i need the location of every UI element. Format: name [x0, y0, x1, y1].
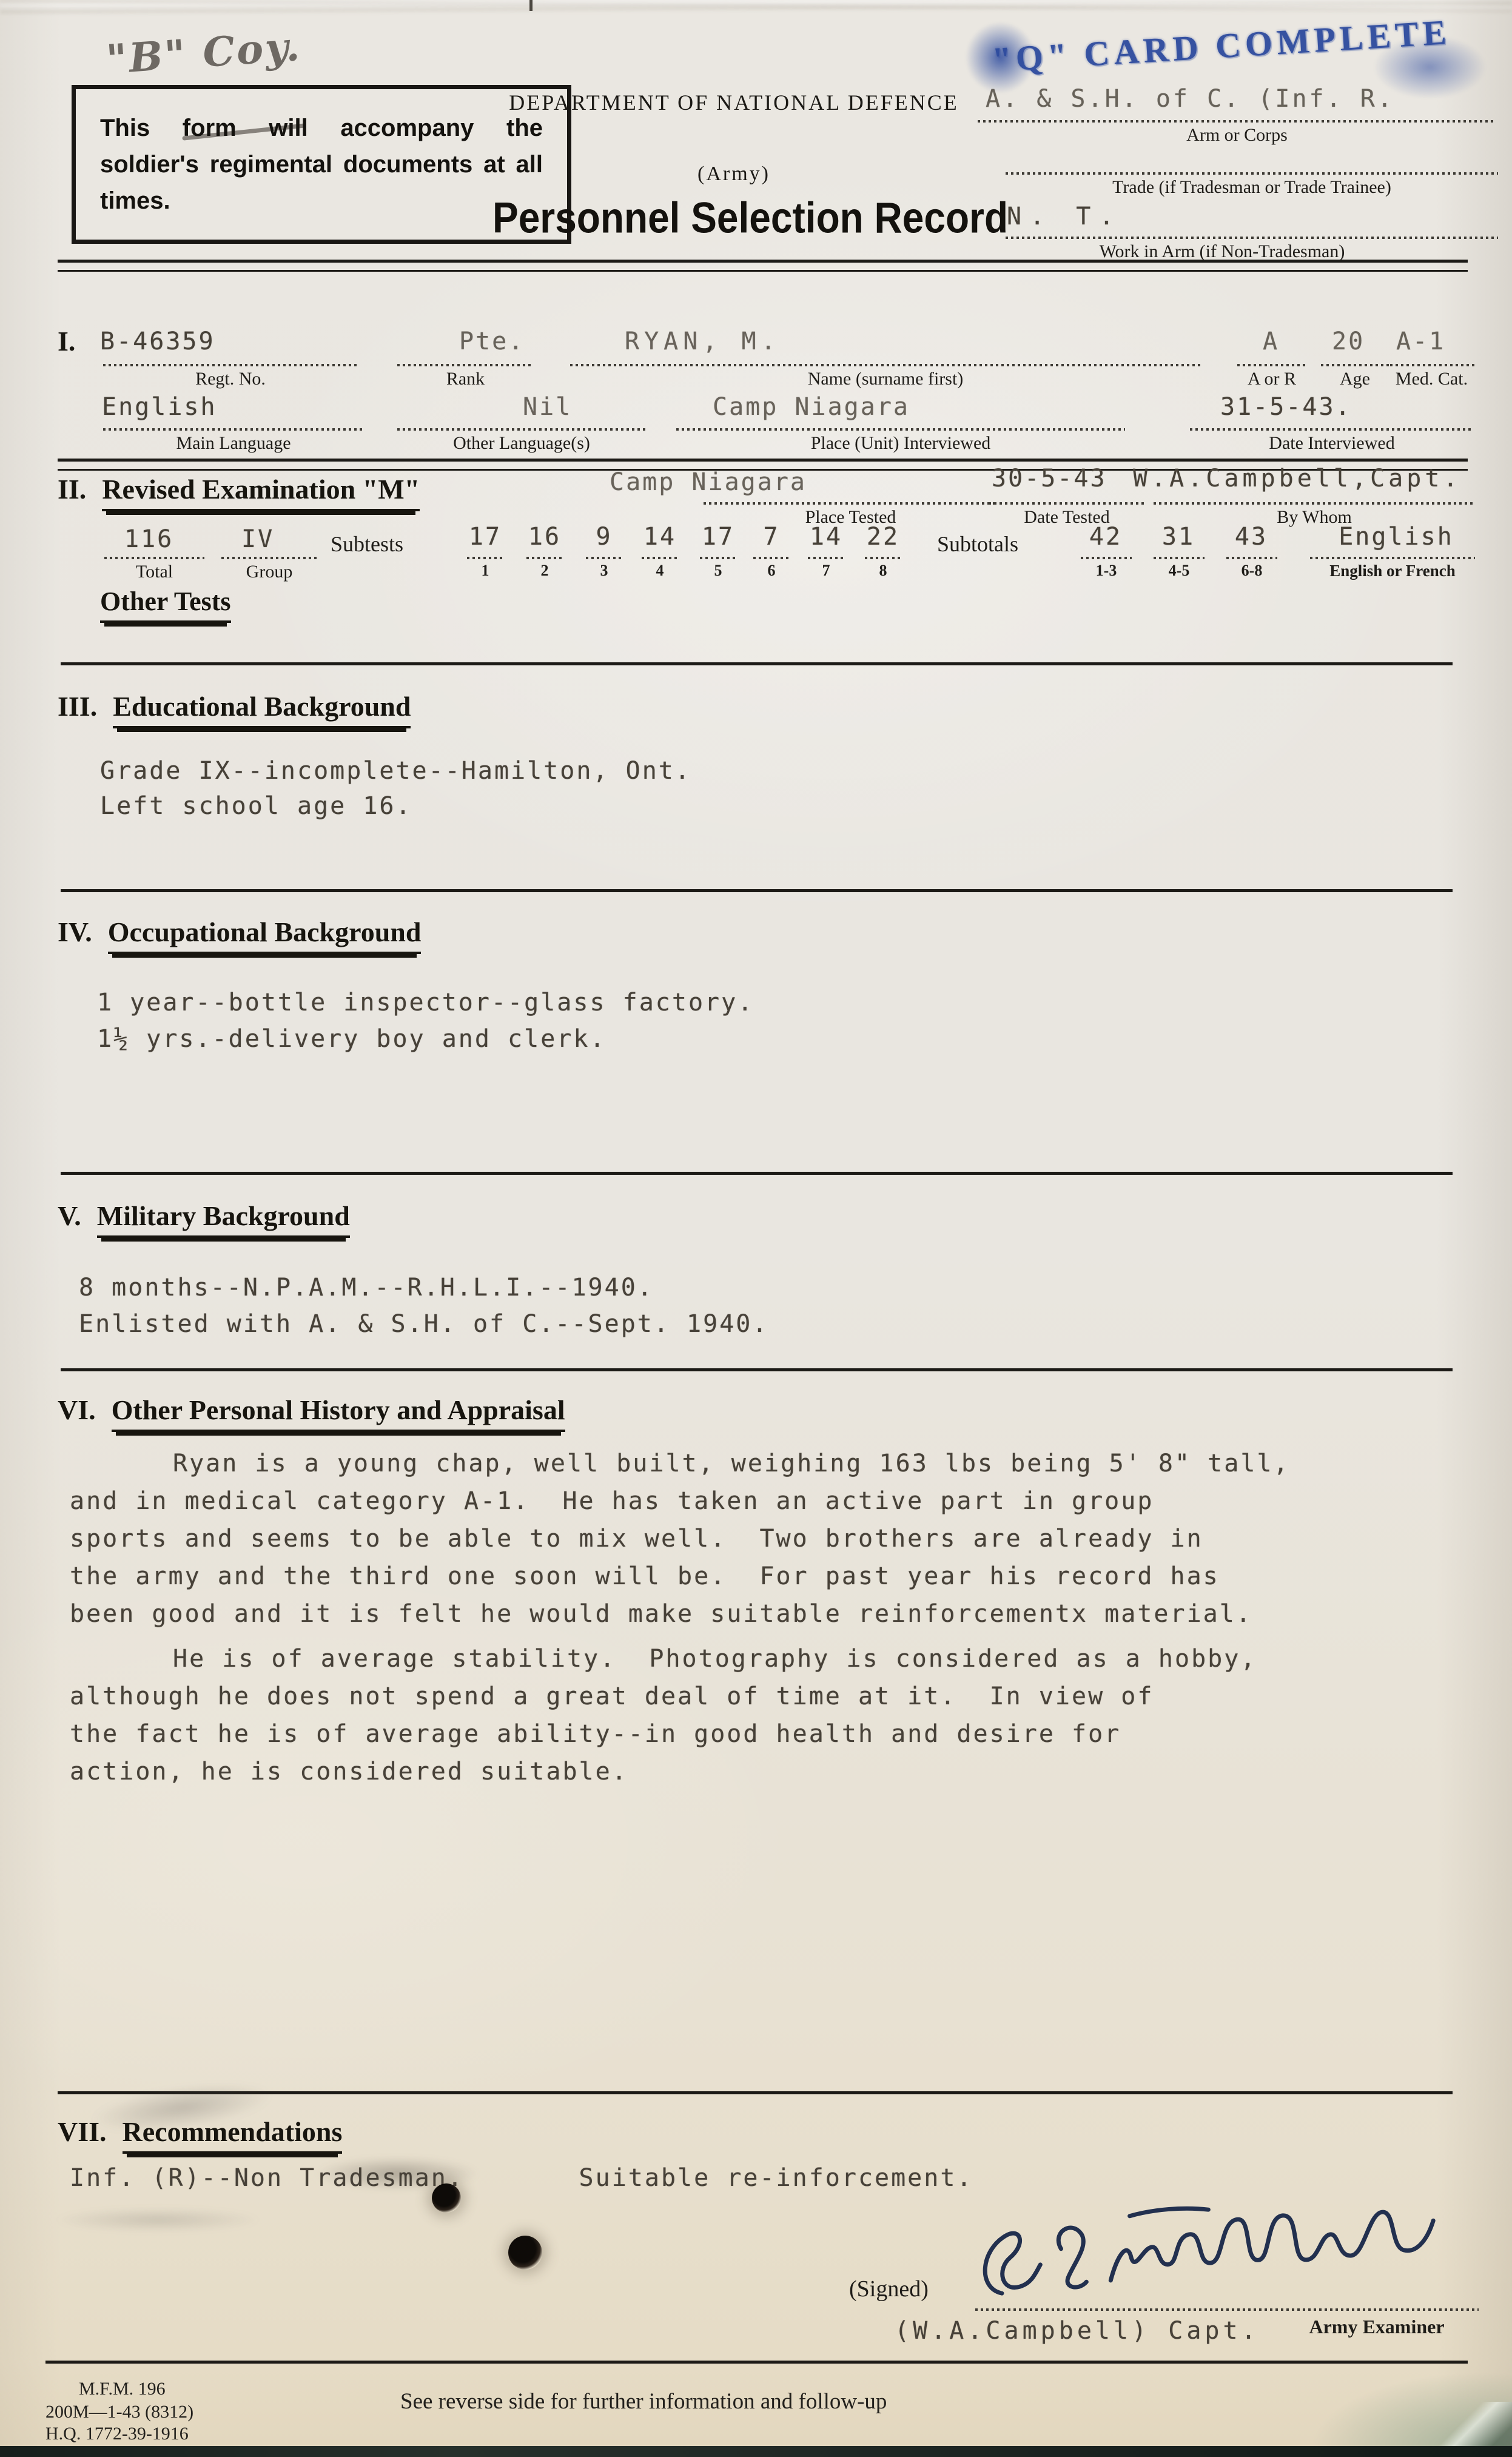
subtest-1-label: 1 [467, 562, 503, 580]
header-divider [58, 260, 1468, 272]
subtest-4-value: 14 [640, 523, 679, 551]
m-group-line [221, 557, 317, 559]
subtest-1-value: 17 [466, 523, 505, 551]
section6-numeral: VI. [58, 1394, 96, 1426]
other-tests-heading: Other Tests [100, 586, 231, 623]
examiner-name-typed: (W.A.Campbell) Capt. [895, 2317, 1260, 2345]
main-language-value: English [102, 393, 217, 421]
a-or-r-value: A [1263, 328, 1279, 355]
pencil-smudge [55, 2208, 261, 2232]
ink-blot-hole [508, 2236, 542, 2270]
by-whom-line [1154, 502, 1475, 505]
work-in-arm-line [1006, 237, 1498, 239]
subtest-4-line [642, 557, 678, 559]
other-language-line [397, 428, 646, 431]
section3-heading-text: Educational Background [113, 690, 411, 728]
date-interviewed-line [1190, 428, 1474, 431]
section3-heading: III.Educational Background [58, 690, 411, 728]
date-tested-line [989, 502, 1145, 505]
appraisal-p2-line-4: action, he is considered suitable. [70, 1758, 628, 1786]
age-value: 20 [1332, 328, 1365, 355]
section7-heading: VII.Recommendations [58, 2116, 342, 2154]
print-code: 200M—1-43 (8312) [45, 2402, 193, 2422]
subtest-6-label: 6 [753, 562, 790, 580]
subtest-1-line [467, 557, 503, 559]
section4-numeral: IV. [58, 916, 92, 948]
signature-line [975, 2308, 1479, 2311]
education-line-2: Left school age 16. [100, 792, 412, 820]
subtotal-45-value: 31 [1151, 523, 1206, 551]
appraisal-p1-line-4: the army and the third one soon will be.… [70, 1562, 1220, 1590]
age-line [1321, 364, 1389, 366]
other-language-label: Other Language(s) [397, 433, 646, 454]
subtest-5-line [700, 557, 736, 559]
section6-heading: VI.Other Personal History and Appraisal [58, 1394, 565, 1432]
handwritten-company-note: "B" Coy. [105, 22, 303, 83]
subtest-2-label: 2 [526, 562, 563, 580]
subtotal-45-label: 4-5 [1154, 562, 1205, 580]
recommendation-text: Inf. (R)--Non Tradesman. Suitable re-inf… [70, 2164, 973, 2192]
place-tested-value: Camp Niagara [610, 468, 807, 496]
regt-no-line [103, 364, 358, 366]
subtest-5-value: 17 [699, 523, 738, 551]
section5-numeral: V. [58, 1200, 81, 1232]
place-tested-label: Place Tested [704, 507, 998, 528]
section6-heading-text: Other Personal History and Appraisal [112, 1394, 565, 1432]
m-group-value: IV [241, 525, 274, 553]
scan-bottom-edge [0, 2446, 1512, 2457]
rank-value: Pte. [459, 328, 525, 355]
rank-label: Rank [397, 369, 534, 389]
date-interviewed-label: Date Interviewed [1190, 433, 1474, 454]
section5-heading: V.Military Background [58, 1200, 350, 1238]
scan-top-tick [529, 0, 533, 11]
section1-numeral: I. [58, 325, 75, 357]
date-interviewed-value: 31-5-43. [1220, 393, 1352, 421]
arm-or-corps-value: A. & S.H. of C. (Inf. R. [986, 85, 1394, 113]
appraisal-p1-line-3: sports and seems to be able to mix well.… [70, 1525, 1203, 1553]
section4-heading-text: Occupational Background [108, 916, 422, 954]
subtest-2-value: 16 [525, 523, 564, 551]
examiner-signature [947, 2187, 1442, 2325]
appraisal-p1-line-1: Ryan is a young chap, well built, weighi… [173, 1450, 1290, 1477]
place-interviewed-label: Place (Unit) Interviewed [676, 433, 1125, 454]
m-total-value: 116 [124, 525, 173, 553]
other-language-value: Nil [523, 393, 572, 421]
subtest-6-value: 7 [752, 523, 791, 551]
education-line-1: Grade IX--incomplete--Hamilton, Ont. [100, 757, 691, 785]
subtotal-13-label: 1-3 [1081, 562, 1132, 580]
appraisal-p2-line-3: the fact he is of average ability--in go… [70, 1720, 1121, 1748]
section7-numeral: VII. [58, 2116, 107, 2148]
section2-divider [61, 662, 1453, 665]
military-line-2: Enlisted with A. & S.H. of C.--Sept. 194… [79, 1310, 768, 1338]
subtotal-13-line [1081, 557, 1132, 559]
occupation-line-2: 1½ yrs.-delivery boy and clerk. [97, 1025, 606, 1053]
trade-line [1006, 172, 1498, 175]
subtotal-13-value: 42 [1078, 523, 1133, 551]
section5-divider [61, 1368, 1453, 1371]
test-language-label: English or French [1310, 562, 1475, 580]
a-or-r-label: A or R [1226, 369, 1317, 389]
subtest-3-label: 3 [586, 562, 622, 580]
form-code: M.F.M. 196 [79, 2379, 166, 2399]
subtest-7-label: 7 [808, 562, 844, 580]
med-cat-label: Med. Cat. [1382, 369, 1482, 389]
med-cat-value: A-1 [1396, 328, 1445, 355]
section5-heading-text: Military Background [97, 1200, 350, 1238]
ink-blot-hole [432, 2183, 461, 2213]
work-in-arm-value: N. T. [1007, 203, 1122, 230]
section2-numeral: II. [58, 473, 86, 505]
section3-numeral: III. [58, 690, 97, 722]
main-language-line [103, 428, 364, 431]
other-tests-heading-text: Other Tests [100, 586, 231, 623]
subtest-8-line [865, 557, 901, 559]
m-total-line [104, 557, 204, 559]
m-group-label: Group [221, 562, 317, 582]
subtest-7-line [808, 557, 844, 559]
subtotals-label: Subtotals [937, 531, 1018, 557]
rank-line [397, 364, 534, 366]
arm-or-corps-line [978, 120, 1496, 123]
subtest-3-value: 9 [585, 523, 623, 551]
trade-label: Trade (if Tradesman or Trade Trainee) [1006, 177, 1498, 198]
subtest-5-label: 5 [700, 562, 736, 580]
test-language-value: English [1317, 523, 1475, 551]
place-interviewed-value: Camp Niagara [713, 393, 910, 421]
subtotal-45-line [1154, 557, 1205, 559]
appraisal-p2-line-2: although he does not spend a great deal … [70, 1682, 1154, 1710]
appraisal-p1-line-2: and in medical category A-1. He has take… [70, 1487, 1154, 1515]
test-language-line [1310, 557, 1475, 559]
place-tested-line [704, 502, 998, 505]
subtotal-68-value: 43 [1224, 523, 1278, 551]
department-title: DEPARTMENT OF NATIONAL DEFENCE [494, 90, 973, 115]
section4-heading: IV.Occupational Background [58, 916, 421, 954]
signed-label: (Signed) [849, 2276, 929, 2302]
section3-divider [61, 889, 1453, 892]
army-examiner-label: Army Examiner [1292, 2316, 1462, 2338]
main-language-label: Main Language [103, 433, 364, 454]
subtest-6-line [753, 557, 790, 559]
subtests-label: Subtests [331, 531, 403, 557]
subtest-4-label: 4 [642, 562, 678, 580]
appraisal-p2-line-1: He is of average stability. Photography … [173, 1645, 1257, 1673]
subtotal-68-line [1226, 557, 1277, 559]
by-whom-value: W.A.Campbell,Capt. [1133, 465, 1461, 492]
subtest-2-line [526, 557, 563, 559]
subtest-8-label: 8 [865, 562, 901, 580]
regt-no-label: Regt. No. [103, 369, 358, 389]
section4-divider [61, 1172, 1453, 1175]
subtest-3-line [586, 557, 622, 559]
section2-heading: II.Revised Examination "M" [58, 473, 420, 511]
name-line [570, 364, 1201, 366]
place-interviewed-line [676, 428, 1125, 431]
a-or-r-line [1237, 364, 1307, 366]
age-label: Age [1321, 369, 1389, 389]
section7-heading-text: Recommendations [123, 2116, 343, 2154]
subtotal-68-label: 6-8 [1226, 562, 1277, 580]
hq-code: H.Q. 1772-39-1916 [45, 2424, 189, 2444]
arm-or-corps-label: Arm or Corps [978, 125, 1496, 146]
name-label: Name (surname first) [570, 369, 1201, 389]
personnel-selection-record-form: "B" Coy. This form will accompany the so… [0, 0, 1512, 2457]
military-line-1: 8 months--N.P.A.M.--R.H.L.I.--1940. [79, 1274, 654, 1302]
form-title: Personnel Selection Record [492, 193, 978, 243]
subtest-7-value: 14 [807, 523, 845, 551]
work-in-arm-label: Work in Arm (if Non-Tradesman) [1007, 241, 1437, 262]
army-subtitle: (Army) [494, 163, 973, 186]
med-cat-line [1390, 364, 1475, 366]
footer-divider [45, 2361, 1468, 2364]
reverse-side-note: See reverse side for further information… [400, 2388, 887, 2415]
m-total-label: Total [104, 562, 204, 582]
regt-no-value: B-46359 [100, 328, 215, 355]
occupation-line-1: 1 year--bottle inspector--glass factory. [97, 989, 754, 1017]
subtest-8-value: 22 [864, 523, 902, 551]
name-value: RYAN, M. [625, 328, 781, 355]
date-tested-value: 30-5-43 [992, 465, 1107, 492]
section2-heading-text: Revised Examination "M" [102, 473, 420, 511]
appraisal-p1-line-5: been good and it is felt he would make s… [70, 1600, 1252, 1628]
